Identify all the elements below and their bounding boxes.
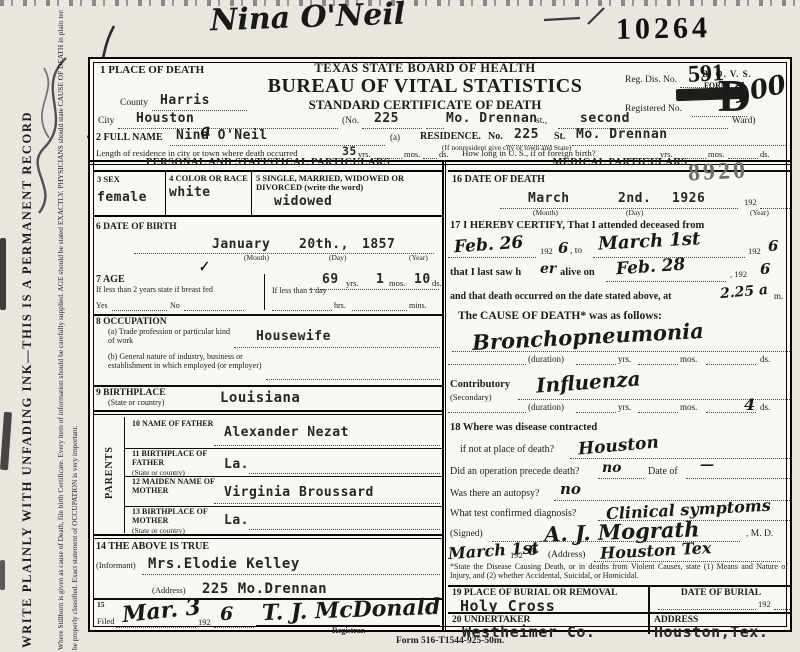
- printed-192: 192: [748, 246, 761, 256]
- mos-label: mos.: [680, 402, 697, 412]
- age-label: 7 AGE: [96, 274, 125, 285]
- mos-label: mos.: [389, 278, 405, 288]
- signed-label: (Signed): [450, 529, 483, 539]
- marital-cell: 5 SINGLE, MARRIED, WIDOWED OR DIVORCED (…: [252, 172, 442, 215]
- color-race-value: white: [169, 185, 248, 200]
- where-contracted-label: 18 Where was disease contracted: [450, 422, 597, 433]
- ward-suffix-label: Ward): [732, 116, 756, 126]
- hrs-label: hrs.: [334, 301, 346, 310]
- handwritten-decedent-name: Nina O'Neil: [209, 0, 405, 38]
- printed-192: 192: [198, 617, 211, 627]
- personal-title: PERSONAL AND STATISTICAL PARTICULARS: [94, 157, 442, 168]
- dotted-leader: [214, 501, 440, 504]
- year-sublabel: (Year): [409, 253, 428, 262]
- ink-blot: [0, 238, 6, 310]
- burial-date-label: DATE OF BURIAL: [650, 588, 792, 598]
- age-months-value: 1: [376, 272, 384, 287]
- autopsy-answer-handwritten: no: [560, 480, 581, 498]
- occupation-label: 8 OCCUPATION: [96, 317, 167, 327]
- medical-particulars-column: MEDICAL PARTICULARS 16 DATE OF DEATH 892…: [448, 157, 792, 634]
- dotted-leader: [572, 143, 786, 146]
- year-sublabel: (Year): [750, 208, 769, 217]
- comma-192: , 192: [730, 269, 747, 279]
- dotted-leader: [249, 527, 440, 530]
- city-label: City: [98, 116, 114, 126]
- informant-label: (Informant): [96, 560, 136, 570]
- pen-dash: [540, 4, 610, 30]
- dotted-leader: [266, 377, 440, 380]
- vital-stats-row: 3 SEX female 4 COLOR OR RACE white 5 SIN…: [94, 170, 442, 217]
- dod-month-value: March: [528, 191, 570, 206]
- dotted-leader: [686, 476, 790, 479]
- marital-label: 5 SINGLE, MARRIED, WIDOWED OR DIVORCED (…: [256, 174, 438, 192]
- to-label: , to: [570, 246, 582, 256]
- residence-label: RESIDENCE.: [420, 131, 481, 142]
- father-birthplace-value: La.: [224, 457, 249, 472]
- informant-value: Mrs.Elodie Kelley: [148, 556, 300, 572]
- dob-month-value: January: [212, 237, 270, 252]
- day-sublabel: (Day): [626, 208, 644, 217]
- scanned-death-certificate: Nina O'Neil 10264 WRITE PLAINLY WITH UNF…: [0, 0, 800, 652]
- informant-address-value: 225 Mo.Drennan: [202, 581, 327, 597]
- alive-on-label: alive on: [560, 267, 595, 278]
- birthplace-label: 9 BIRTHPLACE: [96, 388, 166, 398]
- breast-fed-label: If less than 2 years state if breast fed: [96, 286, 258, 295]
- sex-value: female: [97, 190, 162, 205]
- month-sublabel: (Month): [244, 253, 269, 262]
- contributory-label: Contributory: [450, 379, 510, 390]
- last-saw-year-handwritten: 6: [760, 260, 770, 278]
- dod-day-value: 2nd.: [618, 191, 651, 206]
- full-name-value: Nina O'Neil: [176, 128, 268, 143]
- father-birthplace-label: 11 BIRTHPLACE OF FATHER: [132, 450, 232, 468]
- occupation-b-label: (b) General nature of industry, business…: [108, 353, 266, 371]
- residence-street-value: Mo. Drennan: [576, 127, 668, 142]
- dotted-leader: [184, 308, 244, 311]
- autopsy-label: Was there an autopsy?: [450, 488, 539, 499]
- father-name-value: Alexander Nezat: [224, 425, 349, 440]
- county-value: Harris: [160, 93, 210, 108]
- md-label: , M. D.: [746, 529, 773, 539]
- filed-year-handwritten: 6: [220, 603, 233, 625]
- dotted-leader: [309, 287, 439, 290]
- rule-line: [94, 410, 442, 415]
- dotted-leader: [426, 126, 444, 129]
- dotted-leader: [249, 471, 440, 474]
- rule-line: [94, 534, 442, 539]
- dotted-leader: [448, 362, 526, 365]
- m-label: m.: [774, 291, 783, 301]
- signed-year-handwritten: 6: [528, 543, 538, 559]
- burial-192: 192: [758, 599, 771, 609]
- above-is-true-label: 14 THE ABOVE IS TRUE: [96, 541, 209, 552]
- father-name-label: 10 NAME OF FATHER: [132, 420, 222, 429]
- dotted-leader: [576, 410, 616, 413]
- dotted-leader: [214, 443, 440, 446]
- ink-blot: [0, 412, 12, 470]
- last-saw-date-handwritten: Feb. 28: [615, 255, 686, 280]
- death-occurred-statement: and that death occurred on the date stat…: [450, 291, 671, 302]
- no-label: No: [170, 301, 180, 310]
- dotted-leader: [272, 308, 332, 311]
- street-value: Mo. Drennan: [446, 111, 538, 126]
- mother-maiden-name-label: 12 MAIDEN NAME OF MOTHER: [132, 478, 232, 496]
- cause-footnote: *State the Disease Causing Death, or in …: [450, 562, 788, 580]
- ds-label: ds.: [432, 278, 442, 288]
- county-label: County: [120, 98, 148, 108]
- registered-no-label: Registered No.: [625, 104, 682, 114]
- occupation-value: Housewife: [256, 329, 331, 344]
- dotted-leader: [112, 308, 167, 311]
- dotted-leader: [774, 607, 790, 610]
- filed-label: Filed: [97, 616, 114, 626]
- undertaker-address-value: Houston,Tex.: [654, 623, 768, 641]
- length-years-value: 35: [342, 144, 357, 158]
- attended-from-handwritten: Feb. 26: [453, 233, 524, 258]
- ds-label: ds.: [760, 354, 770, 364]
- contributory-duration-days-handwritten: 4: [744, 395, 755, 414]
- dotted-leader: [606, 279, 726, 282]
- form-vertical-label: FORM: [704, 82, 713, 90]
- ink-blot: [0, 560, 5, 590]
- stamp-8920: 8920: [687, 157, 748, 187]
- attended-to-handwritten: March 1st: [598, 228, 701, 254]
- residence-st-label: St.: [554, 131, 565, 142]
- reg-dis-label: Reg. Dis. No.: [625, 75, 677, 85]
- day-sublabel: (Day): [329, 253, 347, 262]
- mins-label: mins.: [409, 301, 427, 310]
- registrar-signature: T. J. McDonald: [262, 594, 441, 626]
- margin-instruction-small-2: be properly classified. Exact statement …: [70, 10, 79, 650]
- dotted-leader: [362, 126, 422, 129]
- ds-label: ds.: [760, 402, 770, 412]
- residence-no-value: 225: [514, 127, 539, 142]
- operation-label: Did an operation precede death?: [450, 466, 579, 477]
- board-line: TEXAS STATE BOARD OF HEALTH: [250, 61, 600, 76]
- dob-label: 6 DATE OF BIRTH: [96, 222, 177, 232]
- dotted-leader: [214, 625, 254, 628]
- operation-answer-handwritten: no: [602, 460, 622, 476]
- dob-day-value: 20th.,: [299, 237, 349, 252]
- marital-value: widowed: [274, 194, 438, 209]
- house-no-label: (No.: [342, 116, 359, 126]
- test-diagnosis-label: What test confirmed diagnosis?: [450, 508, 576, 519]
- rule-line: [448, 585, 792, 587]
- mother-maiden-name-value: Virginia Broussard: [224, 485, 374, 500]
- dotted-leader: [638, 410, 678, 413]
- printed-192: 192: [540, 246, 553, 256]
- rule-line: [124, 417, 125, 533]
- dotted-leader: [142, 572, 440, 575]
- age-years-value: 69: [322, 272, 339, 287]
- house-no-value: 225: [374, 111, 399, 126]
- bureau-line: BUREAU OF VITAL STATISTICS: [250, 76, 600, 97]
- yes-label: Yes: [96, 301, 108, 310]
- handwritten-a-overlay: a: [199, 120, 213, 141]
- residence-no-label: No.: [488, 131, 503, 142]
- duration-label: (duration): [528, 354, 564, 364]
- if-not-at-place-label: if not at place of death?: [460, 444, 554, 455]
- dotted-leader: [638, 362, 678, 365]
- date-of-label: Date of: [648, 466, 678, 477]
- parents-vertical-label: PARENTS: [104, 446, 115, 499]
- rule-line: [94, 385, 442, 387]
- birthplace-value: Louisiana: [220, 390, 300, 406]
- dotted-leader: [576, 362, 616, 365]
- registrar-label: Registrar.: [332, 626, 366, 635]
- personal-particulars-column: PERSONAL AND STATISTICAL PARTICULARS 3 S…: [94, 157, 442, 634]
- filed-field-number: 15: [97, 600, 105, 609]
- pen-check-mark: ✓: [197, 259, 210, 276]
- dotted-leader: [570, 456, 790, 459]
- burial-place-value: Holy Cross: [460, 597, 555, 615]
- ward-value: second: [580, 111, 630, 126]
- certificate-number-stamp: 10264: [616, 11, 712, 47]
- state-or-country-sublabel: (State or country): [108, 398, 164, 407]
- a-marker: (a): [390, 132, 400, 142]
- sex-cell: 3 SEX female: [94, 172, 166, 215]
- date-of-death-label: 16 DATE OF DEATH: [452, 174, 545, 185]
- attended-from-year-handwritten: 6: [558, 239, 568, 257]
- sex-label: 3 SEX: [97, 174, 162, 184]
- mother-birthplace-label: 13 BIRTHPLACE OF MOTHER: [132, 508, 232, 526]
- dotted-leader: [234, 345, 440, 348]
- yrs-label: yrs.: [618, 402, 631, 412]
- dotted-leader: [658, 607, 756, 610]
- mos-label: mos.: [680, 354, 697, 364]
- city-value: Houston: [136, 111, 194, 126]
- full-name-label: 2 FULL NAME: [96, 132, 163, 143]
- secondary-sublabel: (Secondary): [450, 392, 492, 402]
- dod-year-value: 1926: [672, 191, 705, 206]
- month-sublabel: (Month): [533, 208, 558, 217]
- color-race-cell: 4 COLOR OR RACE white: [166, 172, 252, 215]
- rule-line: [94, 314, 442, 316]
- attended-to-year-handwritten: 6: [768, 237, 778, 255]
- margin-instruction-bold: WRITE PLAINLY WITH UNFADING INK—THIS IS …: [20, 62, 35, 648]
- dotted-leader: [452, 349, 790, 352]
- agency-title-block: TEXAS STATE BOARD OF HEALTH BUREAU OF VI…: [250, 61, 600, 113]
- printed-192: 192: [510, 550, 523, 560]
- death-time-handwritten: 2.25 a: [719, 282, 768, 302]
- signed-date-handwritten: March 1st: [447, 538, 539, 563]
- dotted-leader: [706, 362, 756, 365]
- dotted-leader: [448, 255, 536, 258]
- dob-year-value: 1857: [362, 237, 395, 252]
- certificate-line: STANDARD CERTIFICATE OF DEATH: [250, 97, 600, 113]
- certificate-body: 1 PLACE OF DEATH TEXAS STATE BOARD OF HE…: [88, 57, 792, 632]
- column-divider: [442, 160, 446, 630]
- last-saw-prefix: that I last saw h: [450, 267, 521, 278]
- undertaker-value: Westheimer Co.: [462, 623, 595, 641]
- yrs-label: yrs.: [618, 354, 631, 364]
- operation-date-dash-handwritten: —: [700, 457, 714, 473]
- dotted-leader: [448, 410, 526, 413]
- yrs-label: yrs.: [346, 278, 359, 288]
- duration-label: (duration): [528, 402, 564, 412]
- cause-of-death-label: The CAUSE OF DEATH* was as follows:: [458, 310, 662, 322]
- mother-birthplace-value: La.: [224, 513, 249, 528]
- occupation-a-label: (a) Trade profession or particular kind …: [108, 328, 238, 346]
- street-suffix-label: st.,: [536, 116, 547, 126]
- less-than-day-label: If less than 1 day: [272, 286, 327, 295]
- contributory-cause-handwritten: Influenza: [535, 366, 641, 397]
- printed-192: 192: [744, 197, 757, 207]
- signed-address-label: (Address): [548, 550, 585, 560]
- age-days-value: 10: [414, 272, 431, 287]
- color-race-label: 4 COLOR OR RACE: [169, 174, 248, 183]
- rule-line: [264, 274, 265, 310]
- her-handwritten: er: [540, 261, 556, 277]
- margin-instruction-small-1: Where Stillborn is given as cause of Dea…: [56, 10, 65, 650]
- informant-address-label: (Address): [152, 585, 186, 595]
- place-of-death-label: 1 PLACE OF DEATH: [100, 64, 204, 76]
- dotted-leader: [598, 476, 644, 479]
- dotted-leader: [352, 308, 407, 311]
